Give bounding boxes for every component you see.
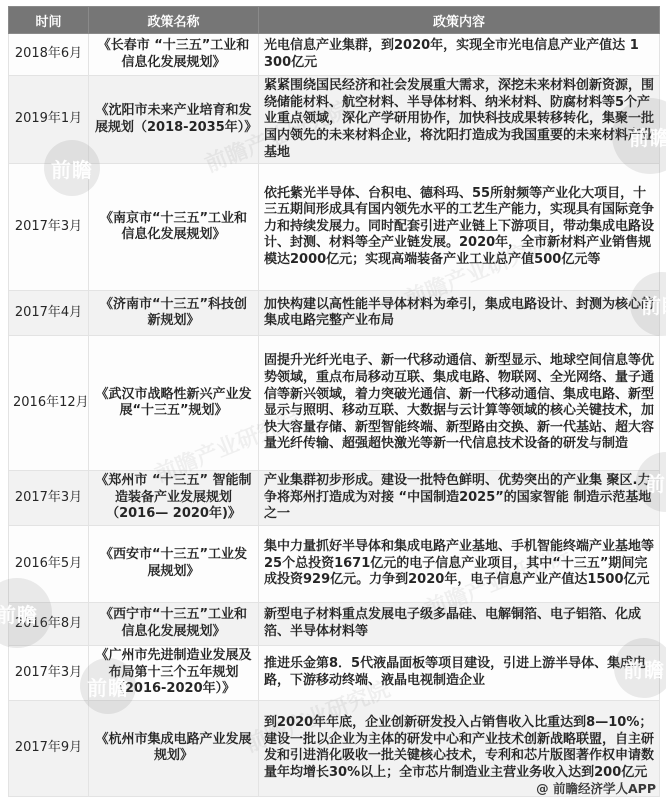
policy-date: 2019年1月 <box>9 76 89 164</box>
policy-date: 2017年3月 <box>9 164 89 291</box>
policy-content: 固提升光纤光电子、新一代移动通信、新型显示、地球空间信息等优势领域，重点布局移动… <box>259 336 660 471</box>
policy-name: 《广州市先进制造业发展及布局第十三个五年规划（2016-2020年）》 <box>89 646 259 701</box>
table-row: 2016年8月 《西宁市“十三五”工业和信息化发展规划》 新型电子材料重点发展电… <box>9 603 660 646</box>
source-credit: @ 前瞻经济学人APP <box>536 779 656 797</box>
policy-content: 依托紫光半导体、台积电、德科玛、55所射频等产业化大项目，十三五期间形成具有国内… <box>259 164 660 291</box>
policy-content: 集中力量抓好半导体和集成电路产业基地、手机智能终端产业基地等25个总投资1671… <box>259 526 660 603</box>
table-row: 2017年3月 《南京市“十三五”工业和信息化发展规划》 依托紫光半导体、台积电… <box>9 164 660 291</box>
policy-date: 2017年3月 <box>9 646 89 701</box>
table-header-row: 时间 政策名称 政策内容 <box>9 7 660 34</box>
policy-content: 光电信息产业集群，到2020年，实现全市光电信息产业产值达 1 300亿元 <box>259 34 660 76</box>
policy-name: 《武汉市战略性新兴产业发展“十三五”规划》 <box>89 336 259 471</box>
policy-table: 时间 政策名称 政策内容 2018年6月 《长春市 “十三五”工业和信息化发展规… <box>8 6 660 797</box>
col-header-time: 时间 <box>9 7 89 34</box>
policy-content: 新型电子材料重点发展电子级多晶硅、电解铜箔、电子铝箔、化成箔、半导体材料等 <box>259 603 660 646</box>
policy-date: 2017年3月 <box>9 471 89 526</box>
policy-date: 2018年6月 <box>9 34 89 76</box>
policy-name: 《西宁市“十三五”工业和信息化发展规划》 <box>89 603 259 646</box>
col-header-policy-name: 政策名称 <box>89 7 259 34</box>
policy-date: 2017年4月 <box>9 291 89 336</box>
policy-name: 《沈阳市未来产业培育和发展规划（2018-2035年）》 <box>89 76 259 164</box>
policy-content: 推进乐金第8．5代液晶面板等项目建设，引进上游半导体、集成电路，下游移动终端、液… <box>259 646 660 701</box>
policy-date: 2017年9月 <box>9 700 89 796</box>
table-row: 2017年3月 《郑州市 “十三五” 智能制造装备产业发展规划（2016— 20… <box>9 471 660 526</box>
policy-content: 产业集群初步形成。建设一批特色鲜明、优势突出的产业集 聚区.力争将郑州打造成为对… <box>259 471 660 526</box>
policy-name: 《郑州市 “十三五” 智能制造装备产业发展规划（2016— 2020年)》 <box>89 471 259 526</box>
policy-table-page: 前瞻 前瞻 前瞻 前瞻 前瞻 前瞻 前瞻 前瞻产业研究院 前瞻产业研究院 前瞻产… <box>0 0 666 797</box>
policy-content: 加快构建以高性能半导体材料为牵引，集成电路设计、封测为核心的集成电路完整产业布局 <box>259 291 660 336</box>
policy-name: 《济南市“十三五”科技创新规划》 <box>89 291 259 336</box>
policy-name: 《杭州市集成电路产业发展规划》 <box>89 700 259 796</box>
table-row: 2016年12月 《武汉市战略性新兴产业发展“十三五”规划》 固提升光纤光电子、… <box>9 336 660 471</box>
table-row: 2017年4月 《济南市“十三五”科技创新规划》 加快构建以高性能半导体材料为牵… <box>9 291 660 336</box>
policy-date: 2016年12月 <box>9 336 89 471</box>
policy-date: 2016年8月 <box>9 603 89 646</box>
policy-content: 紧紧围绕国民经济和社会发展重大需求，深挖未来材料创新资源，围绕储能材料、航空材料… <box>259 76 660 164</box>
col-header-policy-content: 政策内容 <box>259 7 660 34</box>
table-row: 2019年1月 《沈阳市未来产业培育和发展规划（2018-2035年）》 紧紧围… <box>9 76 660 164</box>
policy-date: 2016年5月 <box>9 526 89 603</box>
policy-name: 《南京市“十三五”工业和信息化发展规划》 <box>89 164 259 291</box>
policy-name: 《西安市“十三五”工业发展规划》 <box>89 526 259 603</box>
table-row: 2018年6月 《长春市 “十三五”工业和信息化发展规划》 光电信息产业集群，到… <box>9 34 660 76</box>
policy-name: 《长春市 “十三五”工业和信息化发展规划》 <box>89 34 259 76</box>
table-row: 2016年5月 《西安市“十三五”工业发展规划》 集中力量抓好半导体和集成电路产… <box>9 526 660 603</box>
table-row: 2017年3月 《广州市先进制造业发展及布局第十三个五年规划（2016-2020… <box>9 646 660 701</box>
